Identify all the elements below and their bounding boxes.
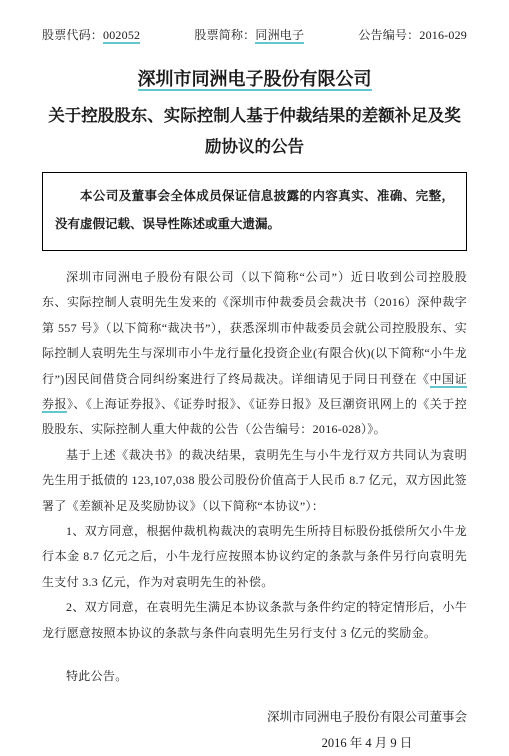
stock-name-link[interactable]: 同洲电子 [255,28,304,44]
stock-code-group: 股票代码：002052 [42,26,140,43]
paragraph-1-text-cont: 》、《上海证券报》、《证券时报》、《证券日报》及巨潮资讯网上的《关于控股股东、实… [42,397,467,436]
stock-name-group: 股票简称：同洲电子 [194,26,304,43]
stock-code-link[interactable]: 002052 [103,28,140,44]
stock-code-label: 股票代码： [42,28,103,42]
signature-block: 深圳市同洲电子股份有限公司董事会 2016 年 4 月 9 日 [42,704,467,756]
disclaimer-box: 本公司及董事会全体成员保证信息披露的内容真实、准确、完整，没有虚假记载、误导性陈… [42,172,467,251]
notice-number-group: 公告编号：2016-029 [358,26,467,43]
closing-statement: 特此公告。 [42,664,467,689]
signature-company: 深圳市同洲电子股份有限公司董事会 [267,704,467,731]
page-title: 深圳市同洲电子股份有限公司 [42,67,467,91]
paragraph-arbitration-intro: 深圳市同洲电子股份有限公司（以下简称“公司”）近日收到公司控股股东、实际控制人袁… [42,265,467,443]
stock-name-label: 股票简称： [194,28,255,42]
notice-number-label: 公告编号： [358,28,419,42]
agreement-item-2: 2、双方同意，在袁明先生满足本协议条款与条件约定的特定情形后，小牛龙行愿意按照本… [42,595,467,646]
paragraph-agreement-basis: 基于上述《裁决书》的裁决结果，袁明先生与小牛龙行双方共同认为袁明先生用于抵债的 … [42,443,467,519]
agreement-item-1: 1、双方同意，根据仲裁机构裁决的袁明先生所持目标股份抵偿所欠小牛龙行本金 8.7… [42,519,467,595]
signature-inner: 深圳市同洲电子股份有限公司董事会 2016 年 4 月 9 日 [267,704,467,756]
signature-date: 2016 年 4 月 9 日 [267,730,467,756]
notice-number-value: 2016-029 [419,28,467,42]
announcement-document: 股票代码：002052 股票简称：同洲电子 公告编号：2016-029 深圳市同… [0,0,509,756]
disclaimer-text: 本公司及董事会全体成员保证信息披露的内容真实、准确、完整，没有虚假记载、误导性陈… [55,182,454,238]
company-title-link[interactable]: 深圳市同洲电子股份有限公司 [138,69,372,91]
announcement-body: 深圳市同洲电子股份有限公司（以下简称“公司”）近日收到公司控股股东、实际控制人袁… [42,265,467,690]
document-header: 股票代码：002052 股票简称：同洲电子 公告编号：2016-029 [42,26,467,43]
page-subtitle: 关于控股股东、实际控制人基于仲裁结果的差额补足及奖励协议的公告 [42,101,467,163]
paragraph-1-text: 深圳市同洲电子股份有限公司（以下简称“公司”）近日收到公司控股股东、实际控制人袁… [42,270,467,386]
